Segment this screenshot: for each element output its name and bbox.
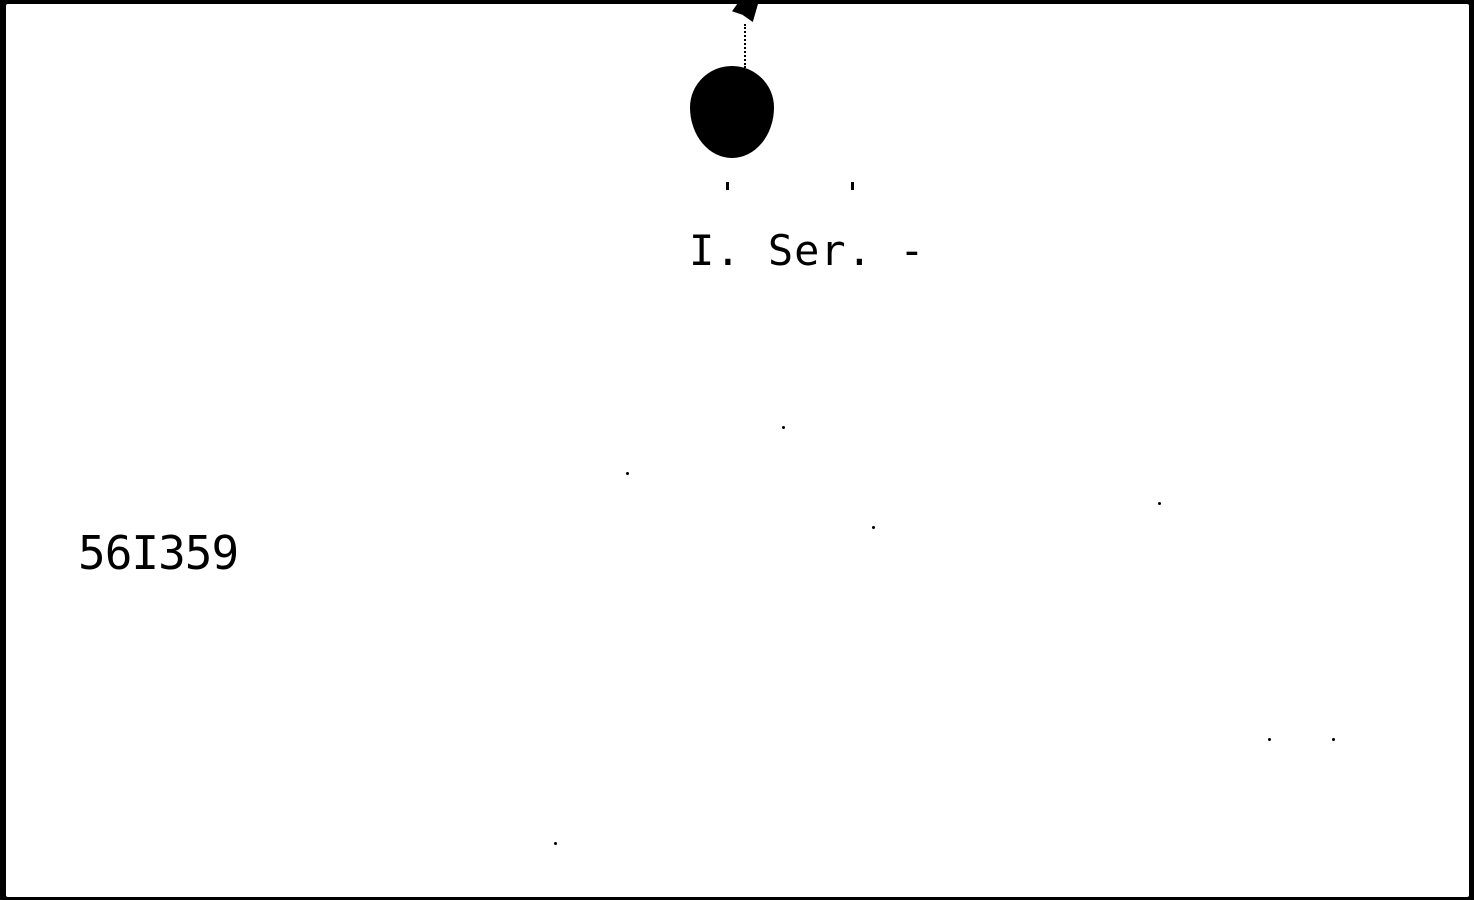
ink-speck (1332, 738, 1335, 741)
tick-mark (726, 182, 729, 190)
ink-speck (626, 472, 629, 475)
torn-notch (732, 4, 758, 22)
ink-speck (1158, 502, 1161, 505)
ink-speck (872, 526, 875, 529)
ink-speck (554, 842, 557, 845)
card-number: 56I359 (78, 526, 238, 580)
series-label: I. Ser. - (689, 226, 926, 275)
punch-hole (690, 66, 774, 158)
index-card: I. Ser. - 56I359 (6, 4, 1469, 897)
tick-mark (851, 182, 854, 190)
ink-speck (1268, 738, 1271, 741)
thread-mark (744, 24, 748, 68)
ink-speck (782, 426, 785, 429)
